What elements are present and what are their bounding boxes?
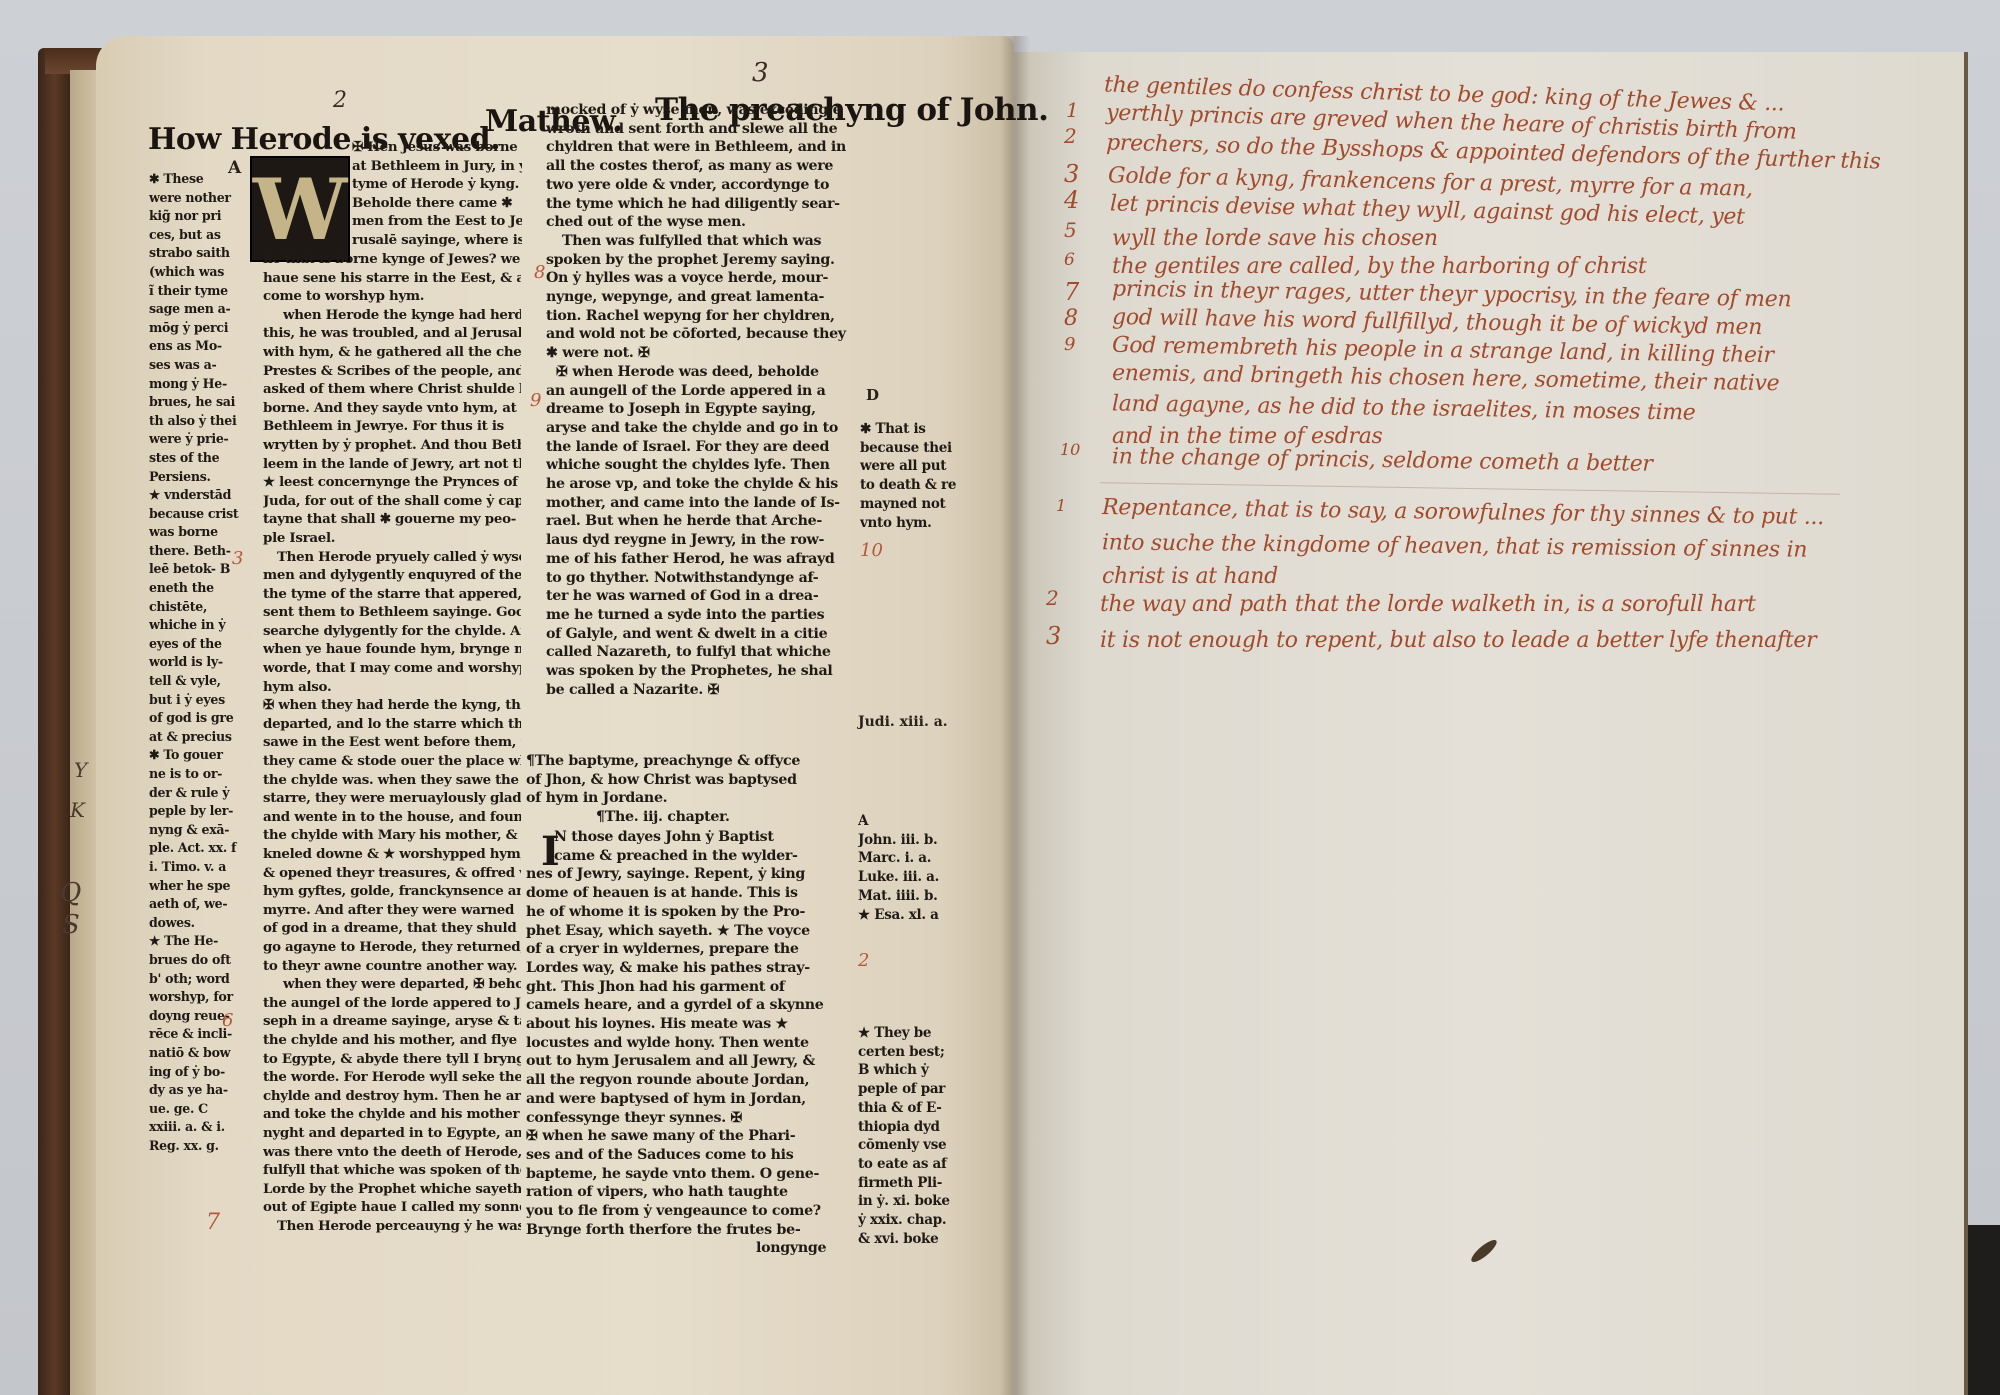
reference-line: Mat. iiii. b. [858, 887, 973, 906]
text-line: & opened theyr treasures, & offred vnto [263, 864, 521, 883]
gloss-line: vnto hym. [860, 514, 970, 533]
pencil-mark: Q [60, 878, 81, 908]
gloss-line: ces, but as [149, 226, 245, 245]
text-line: departed, and lo the starre which they [263, 715, 521, 734]
text-line: out to hym Jerusalem and all Jewry, & [526, 1052, 856, 1071]
text-line: of Galyle, and went & dwelt in a citie [546, 625, 866, 644]
text-line: the chylde was. when they sawe the [263, 771, 521, 790]
gloss-line: mayned not [860, 495, 970, 514]
gloss-line: firmeth Pli- [858, 1174, 973, 1193]
text-line: kneled downe & ★ worshypped hym, [263, 845, 521, 864]
note-number: 6 [1064, 250, 1075, 270]
gloss-line: der & rule ẏ [149, 784, 245, 803]
gloss-line: certen best; [858, 1043, 973, 1062]
gloss-line: tell & vyle, [149, 672, 245, 691]
text-line: ght. This Jhon had his garment of [526, 978, 856, 997]
text-line: Then was fulfylled that which was [546, 232, 866, 251]
text-line: men from the Eest to Je- [352, 212, 522, 231]
text-line: Bethleem in Jewrye. For thus it is [263, 417, 521, 436]
text-line: ✠ when Herode was deed, beholde [546, 363, 866, 382]
text-line: and wente in to the house, and founde [263, 808, 521, 827]
text-line: this, he was troubled, and al Jerusalē [263, 324, 521, 343]
note-number: 4 [1064, 186, 1079, 214]
note-number: 1 [1056, 496, 1066, 515]
gloss-line: because thei [860, 439, 970, 458]
text-line: an aungell of the Lorde appered in a [546, 382, 866, 401]
text-line: ration of vipers, who hath taughte [526, 1183, 856, 1202]
text-line: of a cryer in wyldernes, prepare the [526, 940, 856, 959]
text-line: me of his father Herod, he was afrayd [546, 550, 866, 569]
note-line: the way and path that the lorde walketh … [1100, 592, 1756, 617]
text-line: chyldren that were in Bethleem, and in [546, 138, 866, 157]
text-line: two yere olde & vnder, accordynge to [546, 176, 866, 195]
gloss-line: B which ẏ [858, 1061, 973, 1080]
gloss-line: wher he spe [149, 877, 245, 896]
text-line: when ye haue founde hym, brynge me [263, 640, 521, 659]
text-line: chylde and destroy hym. Then he arose [263, 1087, 521, 1106]
gloss-line: ✱ That is [860, 420, 970, 439]
red-annotation-numeral: 8 [534, 262, 545, 283]
gloss-line: at & precius [149, 728, 245, 747]
chapter-3-text: N those dayes John ẏ Baptist came & prea… [526, 828, 856, 1258]
text-line: ple Israel. [263, 529, 521, 548]
text-line: all the costes therof, as many as were [546, 157, 866, 176]
gloss-line: but i ẏ eyes [149, 691, 245, 710]
gloss-line: aeth of, we- [149, 895, 245, 914]
gloss-line: b' oth; word [149, 970, 245, 989]
gloss-line: ★ vnderstād [149, 486, 245, 505]
text-line: nyght and departed in to Egypte, and [263, 1124, 521, 1143]
text-line: fulfyll that whiche was spoken of the [263, 1161, 521, 1180]
page-number-left: 2 [333, 88, 347, 113]
gloss-line: to death & re [860, 476, 970, 495]
text-line: haue sene his starre in the Eest, & are [263, 269, 521, 288]
text-line: sent them to Bethleem sayinge. Goo & [263, 603, 521, 622]
text-line: was there vnto the deeth of Herode, to [263, 1143, 521, 1162]
text-line: be called a Nazarite. ✠ [546, 681, 866, 700]
gloss-line: ẏ xxix. chap. [858, 1211, 973, 1230]
note-number: 7 [1064, 278, 1079, 306]
marginal-gloss-right: ✱ That is because thei were all put to d… [860, 420, 970, 532]
decorated-initial-w: W [250, 156, 350, 262]
gloss-line: ens as Mo- [149, 337, 245, 356]
gloss-line: to eate as af [858, 1155, 973, 1174]
text-line: he that is borne kynge of Jewes? we [263, 250, 521, 269]
gloss-line: ✱ These [149, 170, 245, 189]
text-line: the worde. For Herode wyll seke the [263, 1068, 521, 1087]
cross-reference-judges: Judi. xiii. a. [858, 714, 948, 730]
note-number: 2 [1046, 586, 1059, 610]
gloss-line: thiopia dyd [858, 1118, 973, 1137]
text-line: leem in the lande of Jewry, art not the [263, 455, 521, 474]
gloss-line: ple. Act. xx. f [149, 839, 245, 858]
gloss-line: chistēte, [149, 598, 245, 617]
text-line: the tyme which he had diligently sear- [546, 195, 866, 214]
note-line: christ is at hand [1102, 564, 1278, 589]
gloss-line: dy as ye ha- [149, 1081, 245, 1100]
note-line: wyll the lorde save his chosen [1112, 226, 1438, 251]
text-line: came & preached in the wylder- [526, 847, 856, 866]
gutter-shadow [1000, 36, 1030, 1395]
text-line: Brynge forth therfore the frutes be- [526, 1221, 856, 1240]
gloss-line: th also ẏ thei [149, 412, 245, 431]
text-line: starre, they were meruaylously glad, [263, 789, 521, 808]
summary-line: of hym in Jordane. [526, 789, 856, 808]
note-number: 1 [1066, 98, 1079, 122]
text-line: searche dylygently for the chylde. And [263, 622, 521, 641]
gloss-line: ★ The He- [149, 932, 245, 951]
gloss-line: whiche in ẏ [149, 616, 245, 635]
text-line: ✠ when he sawe many of the Phari- [526, 1127, 856, 1146]
pencil-mark: K [70, 798, 85, 822]
text-line: nynge, wepynge, and great lamenta- [546, 288, 866, 307]
red-annotation-numeral: 6 [222, 1010, 233, 1031]
gloss-line: mōg ẏ perci [149, 319, 245, 338]
gloss-line: worshyp, for [149, 988, 245, 1007]
gloss-line: eneth the [149, 579, 245, 598]
text-line: borne. And they sayde vnto hym, at [263, 399, 521, 418]
note-number: 2 [1064, 124, 1077, 148]
chapter-summary: ¶The baptyme, preachynge & offyce of Jho… [526, 752, 856, 827]
text-line: seph in a dreame sayinge, aryse & take [263, 1012, 521, 1031]
text-line: out of Egipte haue I called my sonne. [263, 1198, 521, 1217]
text-line: called Nazareth, to fulfyl that whiche [546, 643, 866, 662]
gloss-line: was borne [149, 523, 245, 542]
text-line: laus dyd reygne in Jewry, in the row- [546, 531, 866, 550]
gloss-line: mong ẏ He- [149, 375, 245, 394]
note-number: 3 [1046, 622, 1061, 650]
gloss-line: there. Beth- [149, 542, 245, 561]
text-line: the lande of Israel. For they are deed [546, 438, 866, 457]
page-number-right: 3 [752, 58, 769, 88]
gloss-line: (which was [149, 263, 245, 282]
text-line: tyme of Herode ẏ kyng. [352, 175, 522, 194]
text-line: to go thyther. Notwithstandynge af- [546, 569, 866, 588]
text-line: go agayne to Herode, they returned, in [263, 938, 521, 957]
text-line: Then Herode perceauyng ẏ he was [263, 1217, 521, 1236]
red-annotation-numeral: 3 [232, 548, 243, 569]
text-line: ses and of the Saduces come to his [526, 1146, 856, 1165]
text-line: phet Esay, which sayeth. ★ The voyce [526, 922, 856, 941]
text-line: he of whome it is spoken by the Pro- [526, 903, 856, 922]
reference-line: John. iii. b. [858, 831, 973, 850]
text-line: ✠ when they had herde the kyng, they [263, 696, 521, 715]
note-number: 8 [1064, 306, 1078, 331]
chapter-3-cross-references: A John. iii. b. Marc. i. a. Luke. iii. a… [858, 812, 973, 924]
note-line: it is not enough to repent, but also to … [1100, 628, 1816, 653]
red-annotation-numeral: 10 [860, 540, 883, 561]
text-line: men and dylygently enquyred of them [263, 566, 521, 585]
main-text-column-left-body: he that is borne kynge of Jewes? we haue… [263, 250, 521, 1235]
text-line: tion. Rachel wepyng for her chyldren, [546, 307, 866, 326]
section-letter-d: D [866, 386, 879, 404]
text-line: camels heare, and a gyrdel of a skynne [526, 996, 856, 1015]
gloss-line: strabo saith [149, 244, 245, 263]
text-line: wroth and sent forth and slewe all the [546, 120, 866, 139]
text-line: of god in a dreame, that they shuld not [263, 919, 521, 938]
text-line: Then Herode pryuely called ẏ wyse [263, 548, 521, 567]
summary-line: of Jhon, & how Christ was baptysed [526, 771, 856, 790]
text-line: hym also. [263, 678, 521, 697]
text-line: hym gyftes, golde, franckynsence and [263, 882, 521, 901]
note-line: the gentiles are called, by the harborin… [1112, 254, 1646, 279]
gloss-line: dowes. [149, 914, 245, 933]
text-line: with hym, & he gathered all the chefe [263, 343, 521, 362]
text-line: mocked of ẏ wyse men, was exceding e [546, 101, 866, 120]
text-line: me he turned a syde into the parties [546, 606, 866, 625]
text-line: myrre. And after they were warned [263, 901, 521, 920]
gloss-line: xxiii. a. & i. [149, 1118, 245, 1137]
text-line: bapteme, he sayde vnto them. O gene- [526, 1165, 856, 1184]
gloss-line: peple by ler- [149, 802, 245, 821]
text-line: and were baptysed of hym in Jordan, [526, 1090, 856, 1109]
text-line: whiche sought the chyldes lyfe. Then [546, 456, 866, 475]
gloss-line: ses was a- [149, 356, 245, 375]
text-line: ter he was warned of God in a drea- [546, 587, 866, 606]
text-line: when they were departed, ✠ beholde [263, 975, 521, 994]
red-annotation-numeral: 7 [206, 1210, 220, 1235]
gloss-line: Persiens. [149, 468, 245, 487]
text-line: wrytten by ẏ prophet. And thou Beth [263, 436, 521, 455]
text-line: aryse and take the chylde and go in to [546, 419, 866, 438]
text-line: come to worshyp hym. [263, 287, 521, 306]
gloss-line: of god is gre [149, 709, 245, 728]
gloss-line: nyng & exā- [149, 821, 245, 840]
text-line: Prestes & Scribes of the people, and [263, 362, 521, 381]
text-line: he arose vp, and toke the chylde & his [546, 475, 866, 494]
text-line: On ẏ hylles was a voyce herde, mour- [546, 269, 866, 288]
text-line: Juda, for out of the shall come ẏ cap- [263, 492, 521, 511]
text-line: was spoken by the Prophetes, he shal [546, 662, 866, 681]
gloss-line: brues do oft [149, 951, 245, 970]
red-annotation-numeral: 9 [530, 390, 541, 411]
text-line: when Herode the kynge had herde [263, 306, 521, 325]
gloss-line: i. Timo. v. a [149, 858, 245, 877]
text-line: rael. But when he herde that Arche- [546, 512, 866, 531]
reference-line: A [858, 812, 973, 831]
gloss-line: were ẏ prie- [149, 430, 245, 449]
text-line: all the regyon rounde aboute Jordan, [526, 1071, 856, 1090]
text-line: to Egypte, & abyde there tyll I bryng [263, 1050, 521, 1069]
gloss-line: brues, he sai [149, 393, 245, 412]
note-number: 5 [1064, 218, 1077, 242]
summary-line: ¶The baptyme, preachynge & offyce [526, 752, 856, 771]
text-line: longynge [526, 1239, 856, 1258]
text-line: nes of Jewry, sayinge. Repent, ẏ king [526, 865, 856, 884]
text-line: tayne that shall ✱ gouerne my peo- [263, 510, 521, 529]
text-line: ✱ were not. ✠ [546, 344, 866, 363]
text-line: they came & stode ouer the place where [263, 752, 521, 771]
gloss-line: ✱ To gouer [149, 746, 245, 765]
gloss-line: Reg. xx. g. [149, 1137, 245, 1156]
text-line: dome of heauen is at hande. This is [526, 884, 856, 903]
pencil-mark: S [62, 910, 80, 940]
pencil-mark: Y [74, 758, 87, 782]
text-line: worde, that I may come and worshyp [263, 659, 521, 678]
gloss-line: peple of par [858, 1080, 973, 1099]
gloss-line: were nother [149, 189, 245, 208]
text-line: you to fle from ẏ vengeaunce to come? [526, 1202, 856, 1221]
gloss-line: kig̃ nor pri [149, 207, 245, 226]
main-text-column-right: mocked of ẏ wyse men, was exceding e wro… [546, 101, 866, 700]
text-line: dreame to Joseph in Egypte saying, [546, 400, 866, 419]
gloss-line: in ẏ. xi. boke [858, 1192, 973, 1211]
text-line: the tyme of the starre that appered, & [263, 585, 521, 604]
note-number: 9 [1064, 334, 1075, 355]
text-line: and toke the chylde and his mother by [263, 1105, 521, 1124]
text-line: asked of them where Christ shulde be [263, 380, 521, 399]
gloss-line: & xvi. boke [858, 1230, 973, 1249]
gloss-line: world is ly- [149, 653, 245, 672]
text-line: rusalē sayinge, where is [352, 231, 522, 250]
text-line: spoken by the prophet Jeremy saying. [546, 251, 866, 270]
reference-line: Luke. iii. a. [858, 868, 973, 887]
text-line: N those dayes John ẏ Baptist [526, 828, 856, 847]
text-line: sawe in the Eest went before them, tyl [263, 733, 521, 752]
chapter-3-gloss: ★ They be certen best; B which ẏ peple o… [858, 1024, 973, 1248]
text-line: ★ leest concernynge the Prynces of [263, 473, 521, 492]
gloss-line: cōmenly vse [858, 1136, 973, 1155]
gloss-line: eyes of the [149, 635, 245, 654]
reference-line: ★ Esa. xl. a [858, 906, 973, 925]
text-line: about his loynes. His meate was ★ [526, 1015, 856, 1034]
text-line: ✠ Hen Jesus was borne [352, 138, 522, 157]
gloss-line: natiō & bow [149, 1044, 245, 1063]
gloss-line: were all put [860, 457, 970, 476]
text-line: Lordes way, & make his pathes stray- [526, 959, 856, 978]
text-line: locustes and wylde hony. Then wente [526, 1034, 856, 1053]
gloss-line: ★ They be [858, 1024, 973, 1043]
text-line: the chylde with Mary his mother, & [263, 826, 521, 845]
main-text-column-left: ✠ Hen Jesus was borne at Bethleem in Jur… [352, 138, 522, 250]
text-line: at Bethleem in Jury, in ẏ [352, 157, 522, 176]
gloss-line: ue. ge. C [149, 1100, 245, 1119]
text-line: to theyr awne countre another way. ✠ [263, 957, 521, 976]
gloss-line: leē betok- B [149, 560, 245, 579]
note-number: 3 [1064, 160, 1079, 188]
text-line: mother, and came into the lande of Is- [546, 494, 866, 513]
marginal-gloss-left: ✱ These were nother kig̃ nor pri ces, bu… [149, 170, 245, 1155]
gloss-line: ĩ their tyme [149, 282, 245, 301]
text-line: Lorde by the Prophet whiche sayeth, [263, 1180, 521, 1199]
gloss-line: because crist [149, 505, 245, 524]
chapter-title: ¶The. iij. chapter. [526, 808, 856, 827]
gloss-line: stes of the [149, 449, 245, 468]
gloss-line: sage men a- [149, 300, 245, 319]
text-line: the aungel of the lorde appered to Jo- [263, 994, 521, 1013]
gloss-line: ne is to or- [149, 765, 245, 784]
red-annotation-numeral: 2 [858, 950, 869, 971]
note-number: 10 [1060, 440, 1080, 459]
text-line: confessynge theyr synnes. ✠ [526, 1109, 856, 1128]
text-line: Beholde there came ✱ [352, 194, 522, 213]
reference-line: Marc. i. a. [858, 849, 973, 868]
gloss-line: ing of ẏ bo- [149, 1063, 245, 1082]
text-line: and wold not be cōforted, because they [546, 325, 866, 344]
text-line: the chylde and his mother, and flye in [263, 1031, 521, 1050]
gloss-line: thia & of E- [858, 1099, 973, 1118]
text-line: ched out of the wyse men. [546, 213, 866, 232]
